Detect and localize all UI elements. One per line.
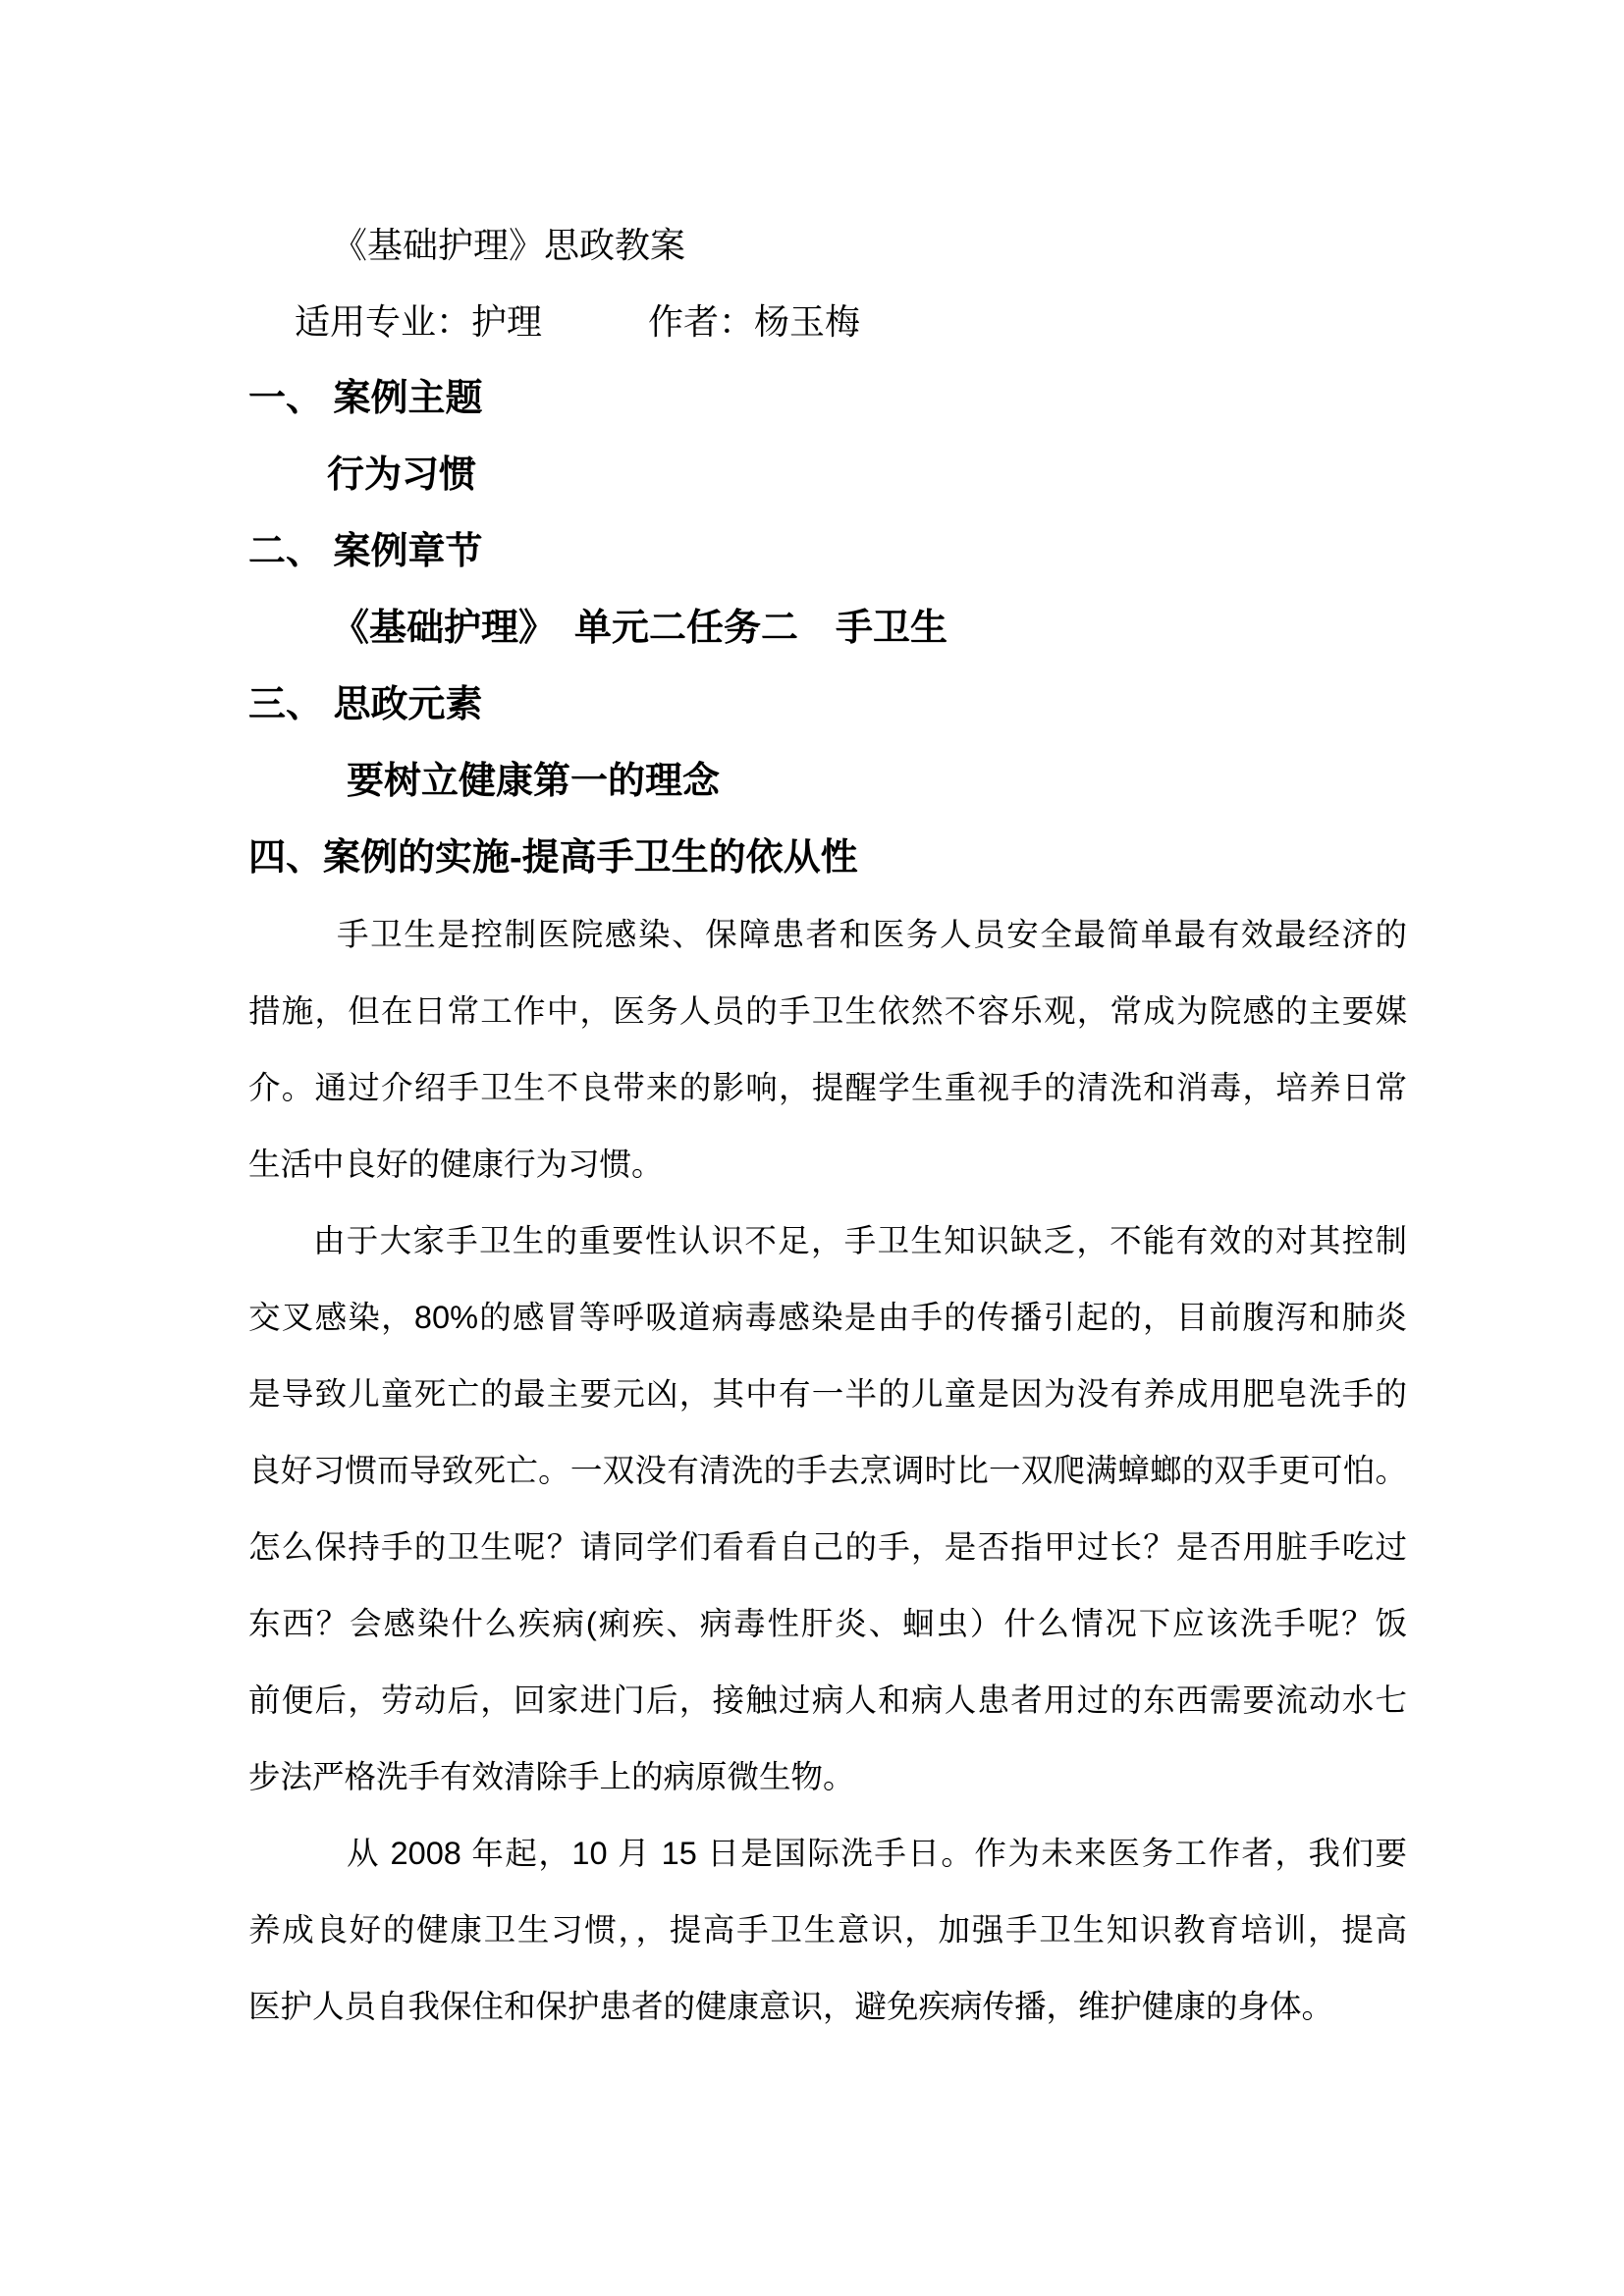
para3-line2: 养成良好的健康卫生习惯，，提高手卫生意识，加强手卫生知识教育培训，提高 [248,1892,1407,1968]
para2-line6: 东西？会感染什么疾病(痢疾、病毒性肝炎、蛔虫）什么情况下应该洗手呢？饭 [248,1585,1407,1662]
heading-2-content: 《基础护理》 单元二任务二 手卫生 [248,590,1407,667]
document-body: 《基础护理》思政教案适用专业：护理 作者：杨玉梅一、 案例主题行为习惯二、 案例… [248,207,1407,2045]
para2-line8: 步法严格洗手有效清除手上的病原微生物。 [248,1738,1407,1815]
heading-2: 二、 案例章节 [248,513,1407,590]
heading-3-content: 要树立健康第一的理念 [248,743,1407,820]
para2-line2: 交叉感染，80%的感冒等呼吸道病毒感染是由手的传播引起的，目前腹泻和肺炎 [248,1279,1407,1356]
para2-line5: 怎么保持手的卫生呢？请同学们看看自己的手，是否指甲过长？是否用脏手吃过 [248,1509,1407,1585]
heading-1-content: 行为习惯 [248,437,1407,513]
doc-meta: 适用专业：护理 作者：杨玉梅 [248,284,1407,360]
doc-title: 《基础护理》思政教案 [248,207,1407,284]
heading-3: 三、 思政元素 [248,667,1407,743]
document-page: 《基础护理》思政教案适用专业：护理 作者：杨玉梅一、 案例主题行为习惯二、 案例… [0,0,1624,2296]
para1-line4: 生活中良好的健康行为习惯。 [248,1126,1407,1202]
para2-line4: 良好习惯而导致死亡。一双没有清洗的手去烹调时比一双爬满蟑螂的双手更可怕。 [248,1432,1407,1509]
para2-line1: 由于大家手卫生的重要性认识不足，手卫生知识缺乏，不能有效的对其控制 [248,1202,1407,1279]
para2-line3: 是导致儿童死亡的最主要元凶，其中有一半的儿童是因为没有养成用肥皂洗手的 [248,1356,1407,1432]
para2-line7: 前便后，劳动后，回家进门后，接触过病人和病人患者用过的东西需要流动水七 [248,1662,1407,1738]
heading-4: 四、案例的实施-提高手卫生的依从性 [248,820,1407,896]
para3-line3: 医护人员自我保住和保护患者的健康意识，避免疾病传播，维护健康的身体。 [248,1968,1407,2045]
para1-line2: 措施，但在日常工作中，医务人员的手卫生依然不容乐观，常成为院感的主要媒 [248,973,1407,1049]
para3-line1: 从 2008 年起，10 月 15 日是国际洗手日。作为未来医务工作者，我们要 [248,1815,1407,1892]
para1-line1: 手卫生是控制医院感染、保障患者和医务人员安全最简单最有效最经济的 [248,896,1407,973]
para1-line3: 介。通过介绍手卫生不良带来的影响，提醒学生重视手的清洗和消毒，培养日常 [248,1049,1407,1126]
heading-1: 一、 案例主题 [248,360,1407,437]
